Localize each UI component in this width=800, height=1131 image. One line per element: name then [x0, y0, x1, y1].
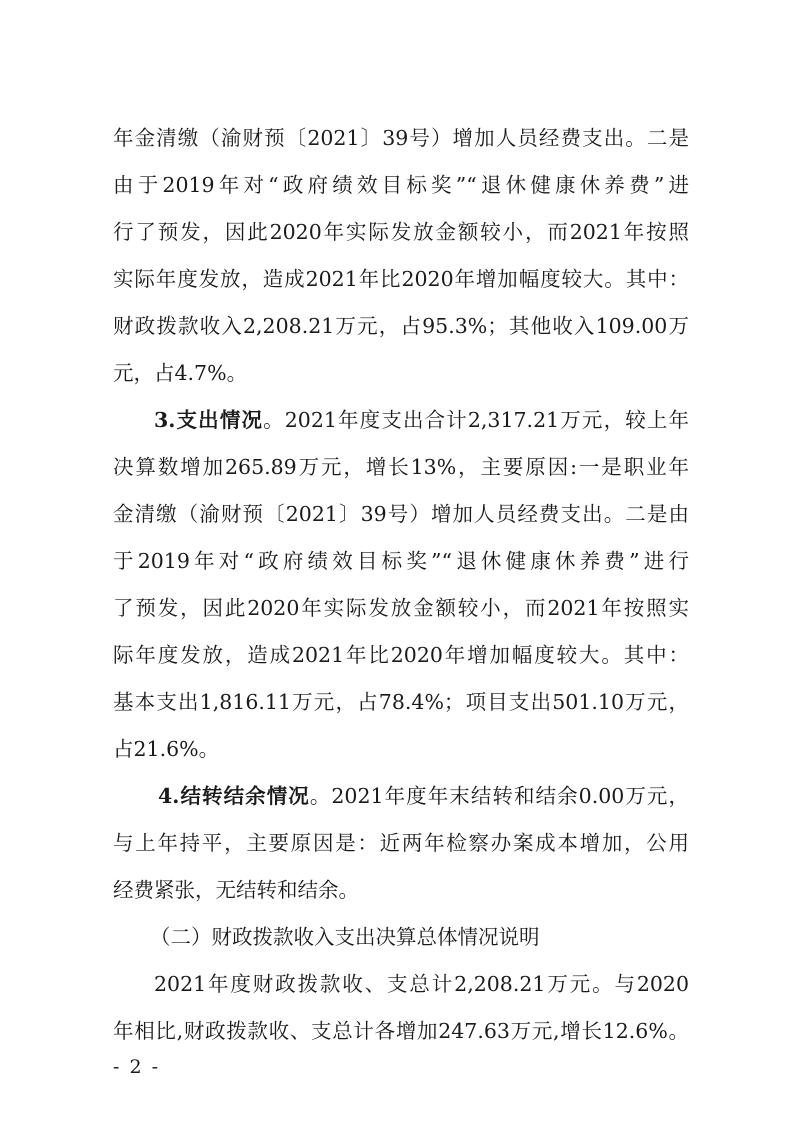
document-page: 年金清缴（渝财预〔2021〕39号）增加人员经费支出。二是 由于2019年对“政…	[0, 0, 800, 1131]
section-3-first-line-text: 。2021年度支出合计2,317.21万元，较上年	[263, 408, 689, 432]
paragraph-line: 财政拨款收入2,208.21万元，占95.3%；其他收入109.00万	[113, 311, 689, 341]
paragraph-line: 2021年度财政拨款收、支总计2,208.21万元。与2020	[154, 969, 689, 999]
paragraph-line: 决算数增加265.89万元，增长13%，主要原因:一是职业年	[113, 452, 689, 482]
paragraph-line: 基本支出1,816.11万元，占78.4%；项目支出501.10万元，	[113, 687, 689, 717]
paragraph-line: 行了预发，因此2020年实际发放金额较小，而2021年按照	[113, 217, 689, 247]
section-4-first-line-text: 。2021年度年末结转和结余0.00万元，	[310, 784, 689, 808]
paragraph-line: 由于2019年对“政府绩效目标奖”“退休健康休养费”进	[113, 170, 689, 200]
section-3-heading: 3.支出情况	[154, 408, 263, 432]
section-3-first-line: 3.支出情况。2021年度支出合计2,317.21万元，较上年	[154, 405, 689, 435]
paragraph-line: 元，占4.7%。	[113, 358, 689, 388]
paragraph-line: 际年度发放，造成2021年比2020年增加幅度较大。其中：	[113, 640, 689, 670]
page-number: - 2 -	[113, 1056, 160, 1078]
paragraph-line: 与上年持平，主要原因是：近两年检察办案成本增加，公用	[113, 828, 689, 858]
paragraph-line: 年金清缴（渝财预〔2021〕39号）增加人员经费支出。二是	[113, 123, 689, 153]
subsection-2-heading: （二）财政拨款收入支出决算总体情况说明	[150, 922, 620, 952]
paragraph-line: 于2019年对“政府绩效目标奖”“退休健康休养费”进行	[113, 546, 689, 576]
paragraph-line: 了预发，因此2020年实际发放金额较小，而2021年按照实	[113, 593, 689, 623]
section-4-heading: 4.结转结余情况	[158, 784, 310, 808]
paragraph-line: 实际年度发放，造成2021年比2020年增加幅度较大。其中：	[113, 264, 689, 294]
section-4-first-line: 4.结转结余情况。2021年度年末结转和结余0.00万元，	[158, 781, 689, 811]
paragraph-line: 年相比,财政拨款收、支总计各增加247.63万元,增长12.6%。	[113, 1016, 689, 1046]
paragraph-line: 经费紧张，无结转和结余。	[113, 875, 689, 905]
paragraph-line: 占21.6%。	[113, 734, 689, 764]
paragraph-line: 金清缴（渝财预〔2021〕39号）增加人员经费支出。二是由	[113, 499, 689, 529]
